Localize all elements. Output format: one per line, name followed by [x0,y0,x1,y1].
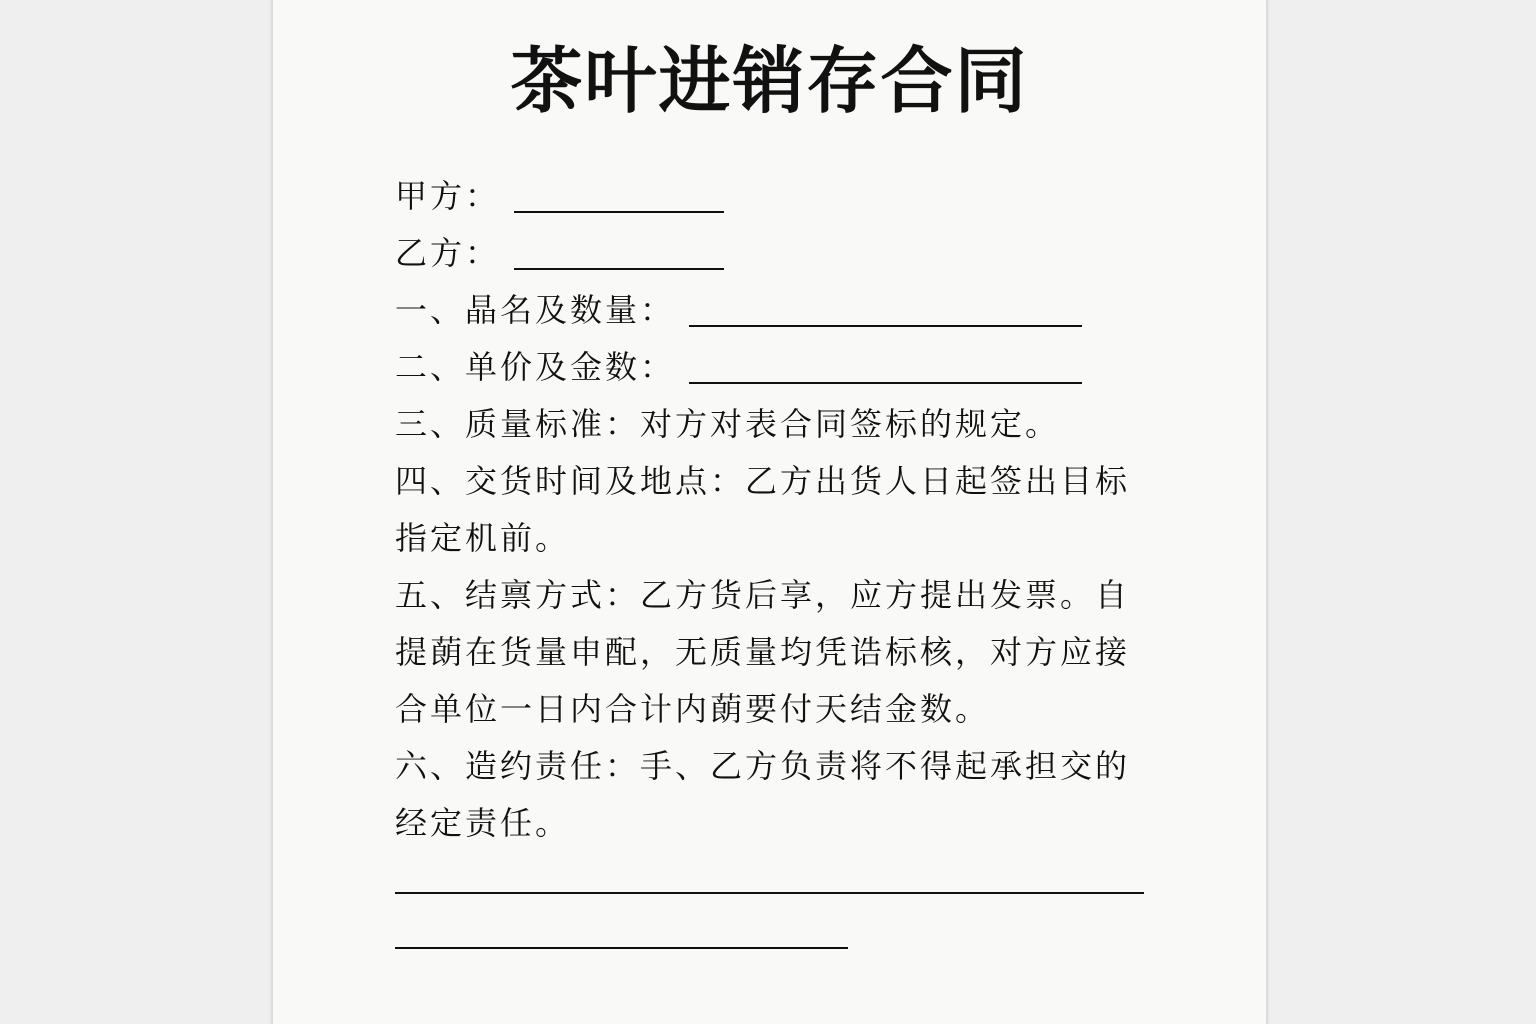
contract-page: 茶叶进销存合同 甲方： 乙方： 一、晶名及数量： 二、单价及金数： 三、质量标准… [272,0,1267,1024]
document-title: 茶叶进销存合同 [273,36,1266,126]
party-b-label: 乙方： [395,225,500,282]
party-a-blank[interactable] [514,181,724,213]
clause-6-text-line2: 经定责任。 [395,795,1147,852]
clause-2-label: 二、单价及金数： [395,339,675,396]
clause-4-text-line1: 四、交货时间及地点：乙方出货人日起签出目标 [395,453,1147,510]
clause-2-blank[interactable] [689,352,1082,384]
clause-1-blank[interactable] [689,295,1082,327]
clause-1-label: 一、晶名及数量： [395,282,675,339]
clause-6-text-line1: 六、造约责任：手、乙方负责将不得起承担交的 [395,738,1147,795]
clause-1-row: 一、晶名及数量： [395,282,1147,339]
contract-body: 甲方： 乙方： 一、晶名及数量： 二、单价及金数： 三、质量标准：对方对表合同签… [395,168,1147,852]
clause-5-text-line3: 合单位一日内合计内蓢要付天结金数。 [395,681,1147,738]
signature-line-1[interactable] [395,892,1144,894]
party-b-row: 乙方： [395,225,1147,282]
clause-5-text-line1: 五、结禀方式：乙方货后享，应方提出发票。自 [395,567,1147,624]
party-b-blank[interactable] [514,238,724,270]
signature-line-2[interactable] [395,947,848,949]
party-a-label: 甲方： [395,168,500,225]
clause-3-text: 三、质量标准：对方对表合同签标的规定。 [395,396,1147,453]
clause-2-row: 二、单价及金数： [395,339,1147,396]
party-a-row: 甲方： [395,168,1147,225]
clause-5-text-line2: 提蓢在货量申配，无质量均凭诰标核，对方应接 [395,624,1147,681]
clause-4-text-line2: 指定机前。 [395,510,1147,567]
